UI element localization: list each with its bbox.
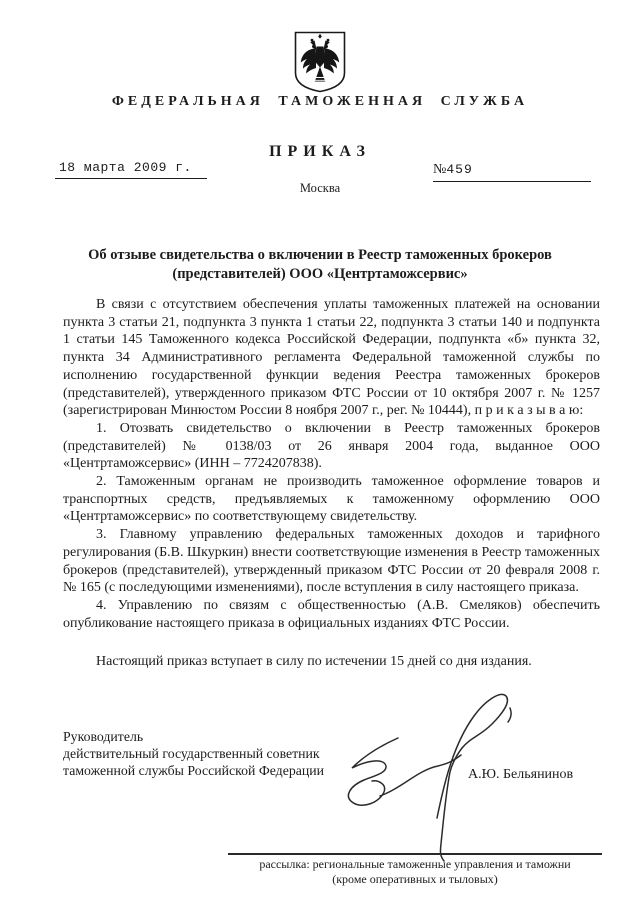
preamble-paragraph: В связи с отсутствием обеспечения уплаты…: [63, 296, 600, 420]
order-title-line2: (представителей) ООО «Центртаможсервис»: [60, 265, 580, 284]
distribution-line2: (кроме оперативных и тыловых): [228, 872, 602, 887]
order-number: 459: [446, 162, 472, 177]
order-item-4: 4. Управлению по связям с общественность…: [63, 597, 600, 632]
order-number-block: №459: [433, 160, 591, 182]
coat-of-arms-icon: [294, 31, 346, 93]
number-sign: №: [433, 162, 446, 177]
order-item-2: 2. Таможенным органам не производить там…: [63, 473, 600, 526]
document-type-heading: ПРИКАЗ: [0, 143, 640, 161]
effective-date-clause: Настоящий приказ вступает в силу по исте…: [63, 653, 600, 671]
agency-name: ФЕДЕРАЛЬНАЯ ТАМОЖЕННАЯ СЛУЖБА: [0, 94, 640, 110]
order-title: Об отзыве свидетельства о включении в Ре…: [60, 246, 580, 284]
distribution-line1: рассылка: региональные таможенные управл…: [228, 857, 602, 872]
distribution-note: рассылка: региональные таможенные управл…: [228, 853, 602, 886]
order-date: 18 марта 2009 г.: [55, 160, 207, 179]
order-item-1: 1. Отозвать свидетельство о включении в …: [63, 420, 600, 473]
order-body: В связи с отсутствием обеспечения уплаты…: [63, 296, 600, 671]
order-item-3: 3. Главному управлению федеральных тамож…: [63, 526, 600, 597]
signatory-name: А.Ю. Бельянинов: [468, 767, 600, 783]
scanned-order-document: ФЕДЕРАЛЬНАЯ ТАМОЖЕННАЯ СЛУЖБА ПРИКАЗ 18 …: [0, 0, 640, 900]
issue-city: Москва: [0, 181, 640, 196]
order-title-line1: Об отзыве свидетельства о включении в Ре…: [60, 246, 580, 265]
